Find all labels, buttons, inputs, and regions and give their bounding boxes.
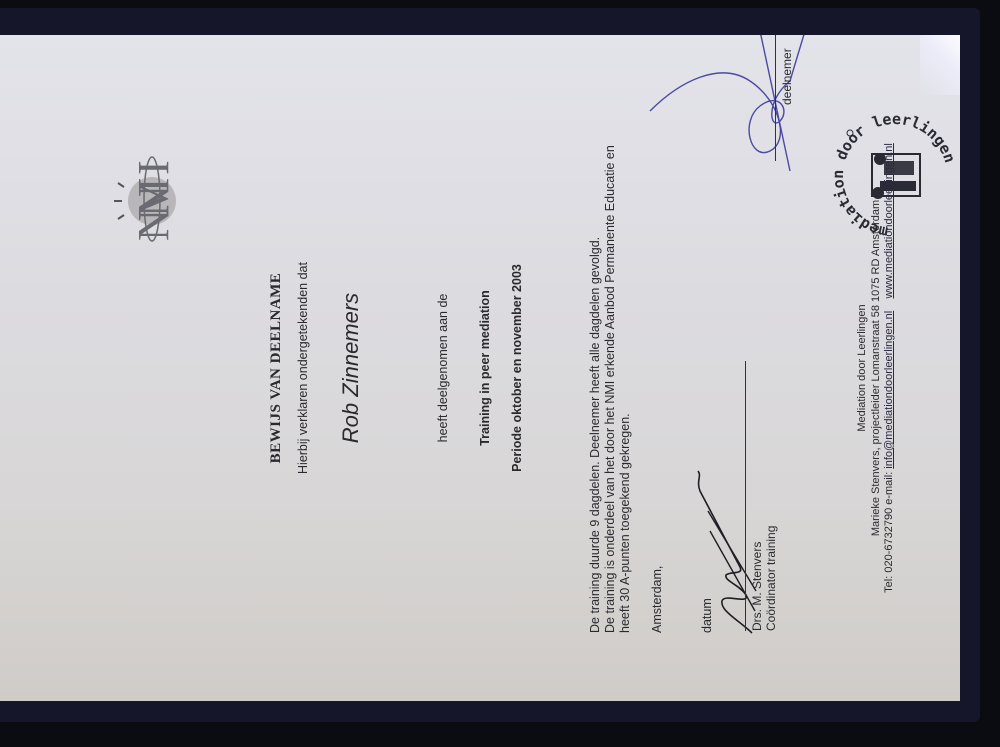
certificate-title: BEWIJS VAN DEELNAME [268, 35, 285, 701]
svg-text:M: M [129, 178, 178, 217]
body-line: heeft 30 A-punten toegekend gekregen. [618, 145, 633, 633]
course-period: Periode oktober en november 2003 [510, 35, 524, 701]
svg-text:I: I [129, 160, 178, 175]
footer: Mediation door Leerlingen Marieke Stenve… [856, 35, 897, 701]
website-link[interactable]: www.mediationdoorleerlingen.nl [883, 143, 895, 298]
place-label: Amsterdam, [650, 566, 664, 633]
participant-name: Rob Zinnemers [338, 35, 364, 701]
footer-address: Marieke Stenvers, projectleider Lomanstr… [870, 35, 884, 701]
body-paragraph: De training duurde 9 dagdelen. Deelnemer… [588, 145, 633, 633]
email-link[interactable]: info@mediationdoorleerlingen.nl [883, 311, 895, 469]
signatory-block: Drs. M. Stenvers Coördinator training [750, 526, 778, 631]
participated-text: heeft deelgenomen aan de [436, 35, 450, 701]
footer-org: Mediation door Leerlingen [856, 35, 870, 701]
body-line: De training is onderdeel van het door he… [603, 145, 618, 633]
footer-tel: Tel: 020-6732790 e-mail: [883, 469, 895, 593]
footer-contact: Tel: 020-6732790 e-mail: info@mediationd… [883, 35, 897, 701]
participant-signature-line [775, 35, 776, 161]
nmi-logo: N NMI N M I [110, 141, 200, 261]
coordinator-signature-line [745, 361, 746, 631]
coordinator-signature [680, 441, 760, 641]
certificate-page: N NMI N M I mediation door leerlingen [0, 35, 960, 701]
course-name: Training in peer mediation [478, 35, 492, 701]
light-glare [920, 35, 960, 95]
body-line: De training duurde 9 dagdelen. Deelnemer… [588, 145, 603, 633]
participant-label: deelnemer [780, 48, 794, 105]
certificate-photo: N NMI N M I mediation door leerlingen [0, 35, 960, 701]
signatory-role: Coördinator training [764, 526, 778, 631]
signatory-name: Drs. M. Stenvers [750, 526, 764, 631]
intro-text: Hierbij verklaren ondergetekenden dat [296, 35, 310, 701]
